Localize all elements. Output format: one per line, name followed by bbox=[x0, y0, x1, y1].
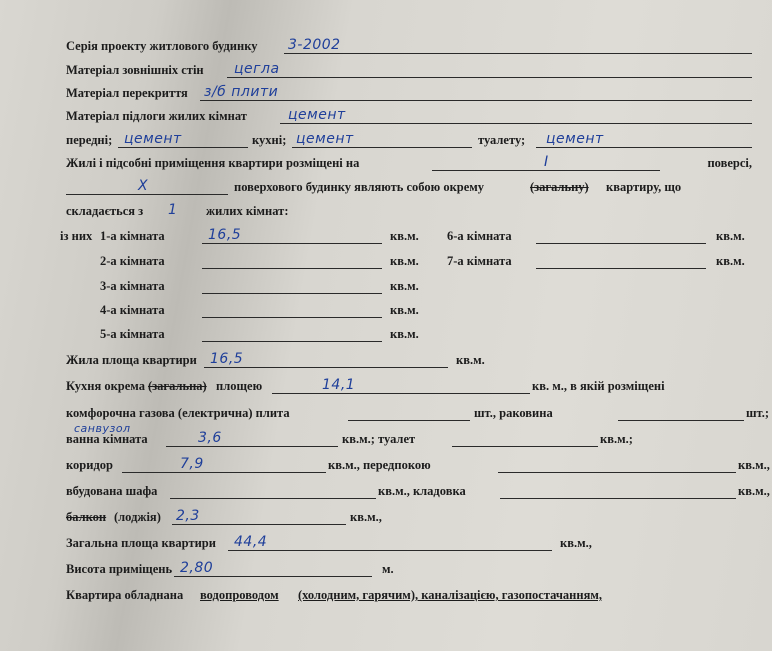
loggia-label: (лоджія) bbox=[114, 507, 161, 527]
project-series-value: 3-2002 bbox=[288, 37, 341, 53]
room-5-unit: кв.м. bbox=[390, 324, 419, 344]
floor-slab-field[interactable] bbox=[200, 100, 752, 101]
living-floor-field[interactable] bbox=[280, 123, 752, 124]
exterior-walls-label: Матеріал зовнішніх стін bbox=[66, 60, 204, 80]
toilet-floor-field[interactable] bbox=[536, 147, 752, 148]
corridor-label: коридор bbox=[66, 455, 113, 475]
living-floor-label: Матеріал підлоги жилих кімнат bbox=[66, 106, 247, 126]
equipped-water: водопроводом bbox=[200, 585, 279, 605]
exterior-walls-row: Матеріал зовнішніх стін цегла bbox=[66, 60, 752, 80]
sink-unit: шт.; bbox=[746, 403, 769, 423]
of-which-label: із них bbox=[60, 226, 92, 246]
total-area-unit: кв.м., bbox=[560, 533, 592, 553]
project-series-field[interactable] bbox=[284, 53, 752, 54]
corridor-row: коридор 7,9 кв.м., передпокою кв.м., bbox=[66, 455, 752, 475]
kitchen-area-value: 14,1 bbox=[322, 377, 355, 393]
room-floors-row: передні; цемент кухні; цемент туалету; ц… bbox=[66, 130, 752, 150]
equipped-row: Квартира обладнана водопроводом (холодни… bbox=[66, 585, 752, 605]
height-row: Висота приміщень 2,80 м. bbox=[66, 559, 752, 579]
room-6-label: 6-а кімната bbox=[447, 226, 512, 246]
hall-label: передні; bbox=[66, 130, 112, 150]
kitchen-floor-field[interactable] bbox=[292, 147, 472, 148]
bathroom-label: ванна кімната bbox=[66, 429, 148, 449]
room-7-unit: кв.м. bbox=[716, 251, 745, 271]
kitchen-area-row: Кухня окрема (загальна) площею 14,1 кв. … bbox=[66, 376, 752, 396]
toilet-value: цемент bbox=[546, 131, 604, 147]
rooms-count-value: 1 bbox=[168, 202, 177, 218]
storeys-label: поверхового будинку являють собою окрему bbox=[234, 177, 484, 197]
rooms-count-suffix: жилих кімнат: bbox=[206, 201, 288, 221]
hall-value: цемент bbox=[124, 131, 182, 147]
total-area-value: 44,4 bbox=[234, 534, 267, 550]
floor-slab-value: з/б плити bbox=[204, 84, 278, 100]
storage-field[interactable] bbox=[500, 498, 736, 499]
bathroom-row: санвузол ванна кімната 3,6 кв.м.; туалет… bbox=[66, 429, 752, 449]
stove-count-field[interactable] bbox=[348, 420, 470, 421]
hallway-unit: кв.м., bbox=[738, 455, 770, 475]
total-area-label: Загальна площа квартири bbox=[66, 533, 216, 553]
corridor-value: 7,9 bbox=[180, 456, 204, 472]
kitchen-area-label: Кухня окрема bbox=[66, 376, 145, 396]
hall-field[interactable] bbox=[118, 147, 248, 148]
form-page: Серія проекту житлового будинку 3-2002 М… bbox=[0, 0, 772, 651]
storeys-field[interactable] bbox=[66, 194, 228, 195]
living-area-unit: кв.м. bbox=[456, 350, 485, 370]
loggia-unit: кв.м., bbox=[350, 507, 382, 527]
loggia-field[interactable] bbox=[172, 524, 346, 525]
exterior-walls-field[interactable] bbox=[227, 77, 752, 78]
room-4-unit: кв.м. bbox=[390, 300, 419, 320]
kitchen-area-label-post: площею bbox=[216, 376, 262, 396]
kitchen-area-field[interactable] bbox=[272, 393, 530, 394]
room-1-value: 16,5 bbox=[208, 227, 241, 243]
room-row-3: 3-а кімната кв.м. bbox=[66, 276, 752, 296]
floor-number-value: I bbox=[544, 154, 549, 170]
stove-label: комфорочна газова (електрична) плита bbox=[66, 403, 290, 423]
toilet-area-field[interactable] bbox=[452, 446, 598, 447]
storeys-row: X поверхового будинку являють собою окре… bbox=[66, 177, 752, 197]
floor-location-label: Жилі і підсобні приміщення квартири розм… bbox=[66, 153, 359, 173]
project-series-label: Серія проекту житлового будинку bbox=[66, 36, 258, 56]
room-7-label: 7-а кімната bbox=[447, 251, 512, 271]
room-6-unit: кв.м. bbox=[716, 226, 745, 246]
shared-struck: (загальну) bbox=[530, 177, 589, 197]
corridor-unit: кв.м., передпокою bbox=[328, 455, 431, 475]
room-5-label: 5-а кімната bbox=[100, 324, 165, 344]
equipped-rest: (холодним, гарячим), каналізацією, газоп… bbox=[298, 585, 602, 605]
kitchen-shared-struck: (загальна) bbox=[148, 376, 207, 396]
rooms-count-label: складається з bbox=[66, 201, 143, 221]
room-3-field[interactable] bbox=[202, 293, 382, 294]
loggia-value: 2,3 bbox=[176, 508, 200, 524]
total-area-row: Загальна площа квартири 44,4 кв.м., bbox=[66, 533, 752, 553]
living-area-field[interactable] bbox=[204, 367, 448, 368]
corridor-field[interactable] bbox=[122, 472, 326, 473]
room-row-5: 5-а кімната кв.м. bbox=[66, 324, 752, 344]
balcony-row: балкон (лоджія) 2,3 кв.м., bbox=[66, 507, 752, 527]
balcony-struck: балкон bbox=[66, 507, 106, 527]
height-unit: м. bbox=[382, 559, 394, 579]
room-1-label: 1-а кімната bbox=[100, 226, 165, 246]
exterior-walls-value: цегла bbox=[234, 61, 280, 77]
room-2-unit: кв.м. bbox=[390, 251, 419, 271]
closet-label: вбудована шафа bbox=[66, 481, 157, 501]
bathroom-unit: кв.м.; туалет bbox=[342, 429, 415, 449]
floor-slab-row: Матеріал перекриття з/б плити bbox=[66, 83, 752, 103]
kitchen-area-unit: кв. м., в якій розміщені bbox=[532, 376, 665, 396]
storeys-value: X bbox=[138, 178, 148, 194]
room-4-label: 4-а кімната bbox=[100, 300, 165, 320]
living-floor-row: Матеріал підлоги жилих кімнат цемент bbox=[66, 106, 752, 126]
room-1-field[interactable] bbox=[202, 243, 382, 244]
stove-unit: шт., раковина bbox=[474, 403, 553, 423]
storeys-label-post: квартиру, що bbox=[606, 177, 681, 197]
room-5-field[interactable] bbox=[202, 341, 382, 342]
living-area-row: Жила площа квартири 16,5 кв.м. bbox=[66, 350, 752, 370]
closet-unit: кв.м., кладовка bbox=[378, 481, 466, 501]
bathroom-field[interactable] bbox=[166, 446, 338, 447]
living-floor-value: цемент bbox=[288, 107, 346, 123]
equipped-label: Квартира обладнана bbox=[66, 585, 183, 605]
storage-unit: кв.м., bbox=[738, 481, 770, 501]
floor-number-field[interactable] bbox=[432, 170, 660, 171]
floor-suffix: поверсі, bbox=[707, 153, 752, 173]
living-area-value: 16,5 bbox=[210, 351, 243, 367]
kitchen-value: цемент bbox=[296, 131, 354, 147]
closet-field[interactable] bbox=[170, 498, 376, 499]
sink-count-field[interactable] bbox=[618, 420, 744, 421]
bathroom-value: 3,6 bbox=[198, 430, 222, 446]
room-row-1: із них 1-а кімната 16,5 кв.м. 6-а кімнат… bbox=[66, 226, 752, 246]
height-value: 2,80 bbox=[180, 560, 213, 576]
height-field[interactable] bbox=[174, 576, 372, 577]
hallway-field[interactable] bbox=[498, 472, 736, 473]
total-area-field[interactable] bbox=[228, 550, 552, 551]
room-3-unit: кв.м. bbox=[390, 276, 419, 296]
room-4-field[interactable] bbox=[202, 317, 382, 318]
kitchen-label: кухні; bbox=[252, 130, 286, 150]
living-area-label: Жила площа квартири bbox=[66, 350, 197, 370]
floor-location-row: Жилі і підсобні приміщення квартири розм… bbox=[66, 153, 752, 173]
room-row-4: 4-а кімната кв.м. bbox=[66, 300, 752, 320]
room-row-2: 2-а кімната кв.м. 7-а кімната кв.м. bbox=[66, 251, 752, 271]
room-2-label: 2-а кімната bbox=[100, 251, 165, 271]
closet-row: вбудована шафа кв.м., кладовка кв.м., bbox=[66, 481, 752, 501]
rooms-count-row: складається з 1 жилих кімнат: bbox=[66, 201, 752, 221]
stove-row: комфорочна газова (електрична) плита шт.… bbox=[66, 403, 752, 423]
floor-slab-label: Матеріал перекриття bbox=[66, 83, 188, 103]
room-2-field[interactable] bbox=[202, 268, 382, 269]
height-label: Висота приміщень bbox=[66, 559, 172, 579]
room-6-field[interactable] bbox=[536, 243, 706, 244]
toilet-area-unit: кв.м.; bbox=[600, 429, 633, 449]
toilet-label: туалету; bbox=[478, 130, 525, 150]
room-3-label: 3-а кімната bbox=[100, 276, 165, 296]
room-7-field[interactable] bbox=[536, 268, 706, 269]
room-1-unit: кв.м. bbox=[390, 226, 419, 246]
project-series-row: Серія проекту житлового будинку 3-2002 bbox=[66, 36, 752, 56]
